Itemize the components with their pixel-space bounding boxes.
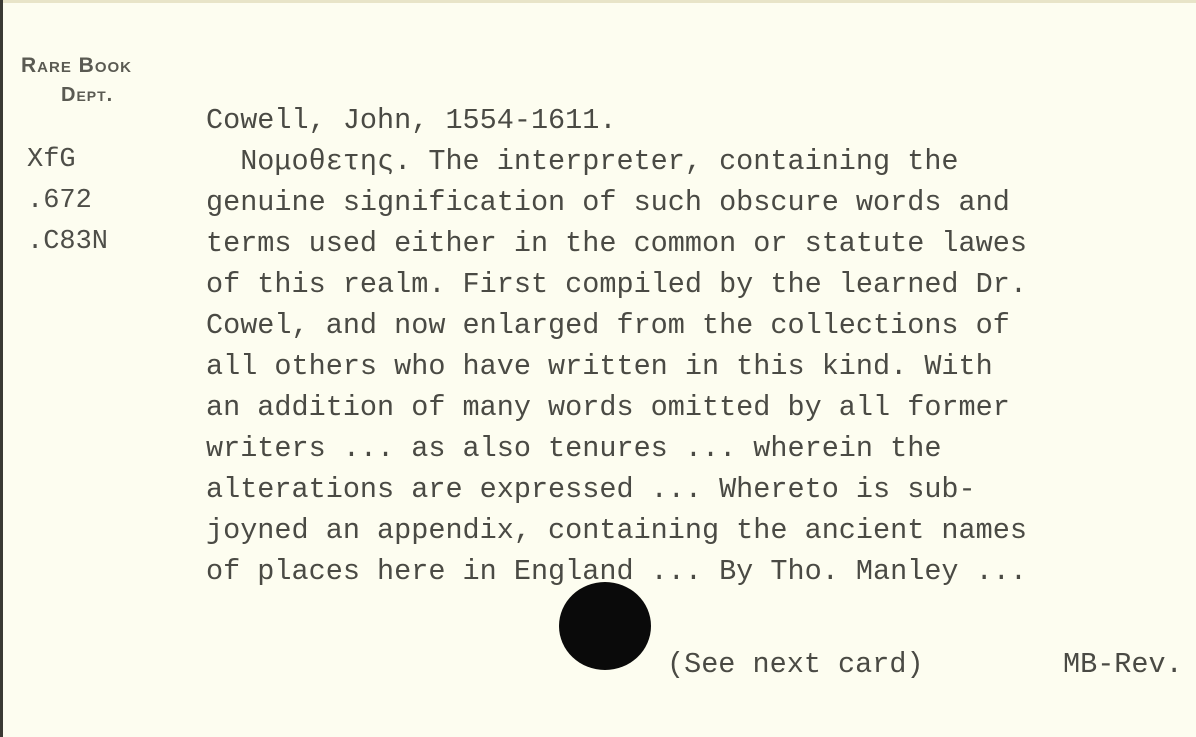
entry-line: all others who have written in this kind… <box>206 346 1027 387</box>
entry-line: Cowel, and now enlarged from the collect… <box>206 305 1027 346</box>
card-top-edge <box>3 0 1196 3</box>
revision-mark: MB-Rev. <box>1063 648 1183 681</box>
author-heading: Cowell, John, 1554-1611. <box>206 100 1027 141</box>
catalog-entry: Cowell, John, 1554-1611. Νομοθετης. The … <box>206 100 1027 592</box>
catalog-card: Rare Book Dept. XfG .672 .C83N Cowell, J… <box>0 0 1196 737</box>
entry-line: genuine signification of such obscure wo… <box>206 182 1027 223</box>
entry-line: Νομοθετης. The interpreter, containing t… <box>206 141 1027 182</box>
call-number-line: .C83N <box>27 222 108 263</box>
call-number-line: .672 <box>27 181 108 222</box>
call-number-line: XfG <box>27 140 108 181</box>
entry-line: terms used either in the common or statu… <box>206 223 1027 264</box>
call-number: XfG .672 .C83N <box>27 140 108 263</box>
see-next-card-note: (See next card) <box>667 648 924 681</box>
department-stamp-line2: Dept. <box>61 84 113 107</box>
entry-line: joyned an appendix, containing the ancie… <box>206 510 1027 551</box>
punch-hole-icon <box>559 582 651 670</box>
entry-line: of this realm. First compiled by the lea… <box>206 264 1027 305</box>
department-stamp-line1: Rare Book <box>21 54 132 78</box>
entry-line: writers ... as also tenures ... wherein … <box>206 428 1027 469</box>
entry-line: an addition of many words omitted by all… <box>206 387 1027 428</box>
entry-line: alterations are expressed ... Whereto is… <box>206 469 1027 510</box>
